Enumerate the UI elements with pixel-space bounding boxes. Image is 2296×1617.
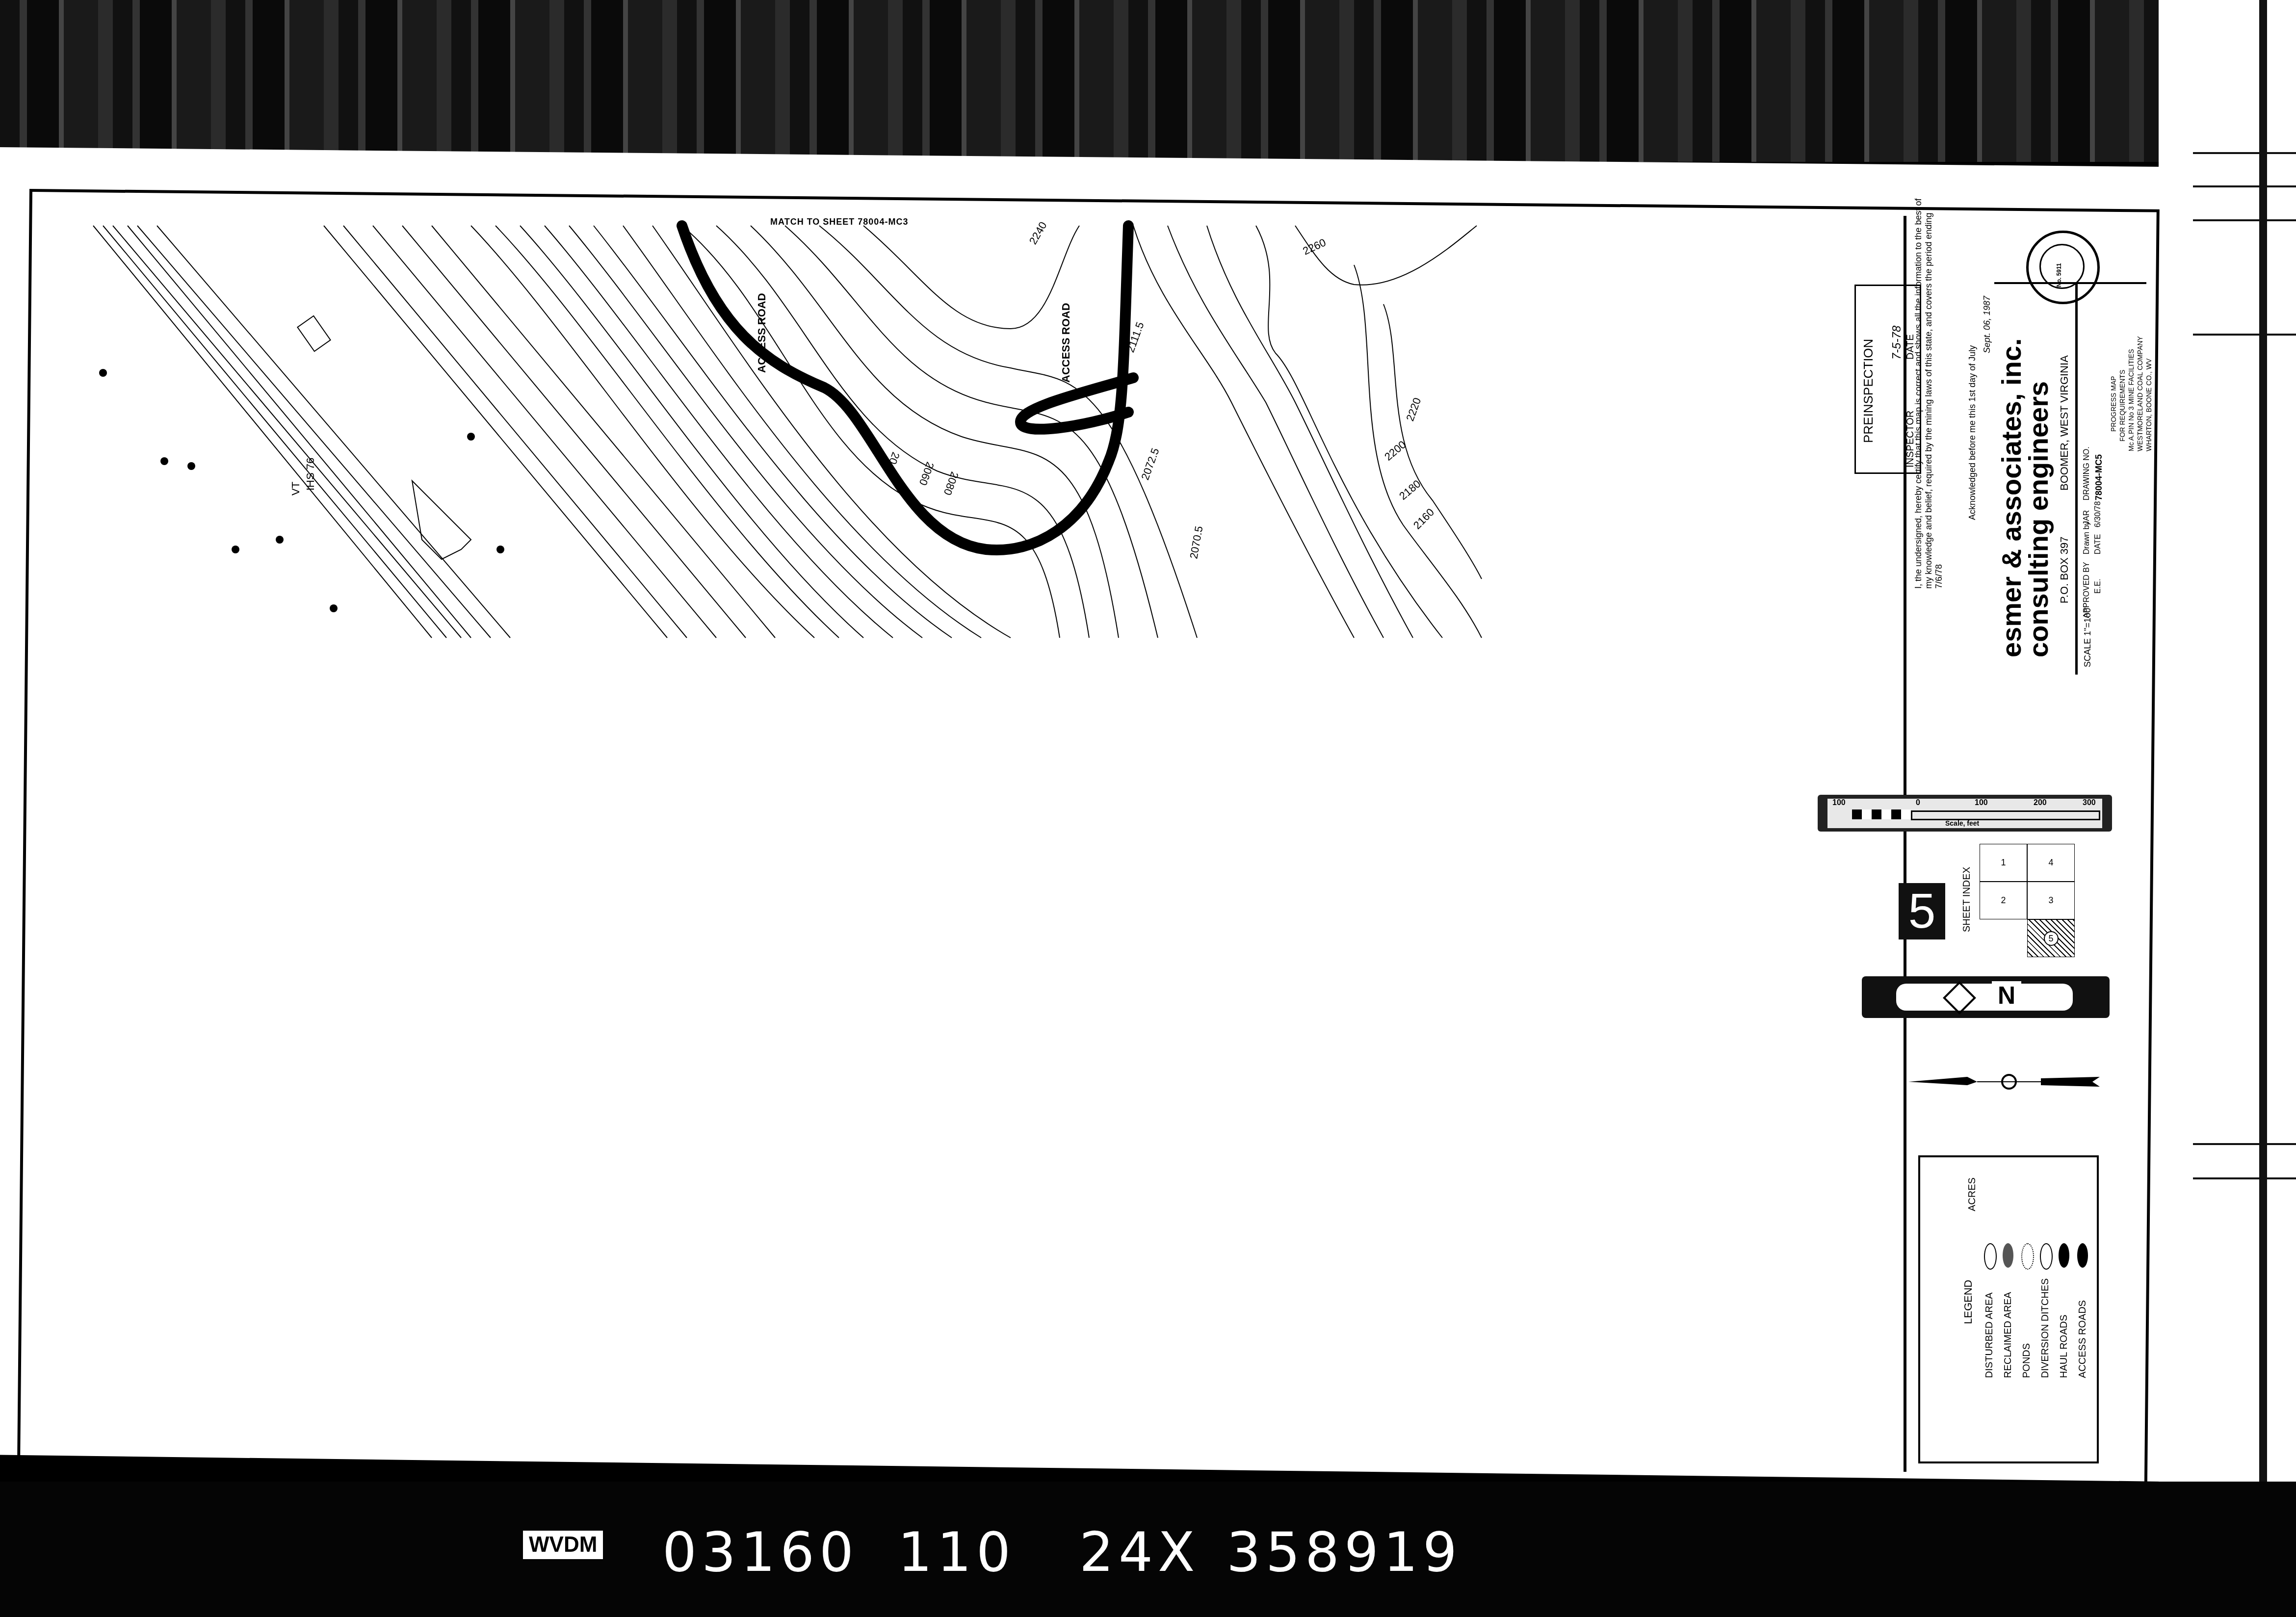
match-sheet-label: MATCH TO SHEET 78004-MC3 xyxy=(770,217,908,227)
scale-bar: 100 0 100 200 300 Scale, feet xyxy=(1818,795,2112,832)
drawing-no-label: DRAWING NO. xyxy=(2083,446,2091,500)
svg-text:2160: 2160 xyxy=(1411,506,1436,531)
svg-text:2060: 2060 xyxy=(917,460,937,487)
engineer-seal-icon: No. 5911 xyxy=(2026,231,2100,304)
company-tagline: consulting engineers xyxy=(2024,381,2053,657)
drawing-date: 6/30/78 xyxy=(2094,501,2103,527)
certification-notary: Acknowledged before me this 1st day of J… xyxy=(1967,345,1978,520)
svg-text:2072.5: 2072.5 xyxy=(1139,446,1162,482)
preinspection-title: PREINSPECTION xyxy=(1861,339,1876,443)
sheet-number: 5 xyxy=(1899,883,1945,939)
compass-needle-icon xyxy=(1904,1069,2110,1094)
commission-expires: Sept. 06, 1987 xyxy=(1982,296,1992,353)
svg-text:2070.5: 2070.5 xyxy=(1187,525,1205,560)
company-city: BOOMER, WEST VIRGINIA xyxy=(2058,355,2071,491)
film-code-1: 03160 xyxy=(662,1521,859,1584)
microfilm-header-strip xyxy=(0,0,2296,162)
svg-text:2080: 2080 xyxy=(941,470,961,497)
drawn-by-label: Drawn by xyxy=(2083,521,2091,554)
svg-text:2220: 2220 xyxy=(1404,396,1423,423)
drawn-by-value: JAR xyxy=(2083,510,2091,525)
disturbed-area-symbol-icon xyxy=(1984,1243,1997,1270)
preinspection-box: PREINSPECTION INSPECTOR DATE 7-5-78 xyxy=(1854,285,1921,474)
diversion-ditches-symbol-icon xyxy=(2040,1243,2053,1270)
haul-roads-symbol-icon xyxy=(2059,1243,2069,1268)
svg-text:ACCESS ROAD: ACCESS ROAD xyxy=(1060,303,1072,383)
microfilm-right-edge xyxy=(2159,0,2296,1617)
topographic-map: ACCESS ROAD ACCESS ROAD 2240 2260 2220 2… xyxy=(29,206,1501,677)
legend-title: LEGEND xyxy=(1962,1280,1975,1324)
approved-by-value: E.E. xyxy=(2094,579,2103,594)
company-address: P.O. BOX 397 xyxy=(2058,536,2071,603)
reclaimed-area-symbol-icon xyxy=(2003,1243,2013,1268)
legend-box: LEGEND ACRES DISTURBED AREA RECLAIMED AR… xyxy=(1918,1155,2099,1463)
certification-text: I, the undersigned, hereby certify that … xyxy=(1913,196,1944,589)
access-roads-symbol-icon xyxy=(2077,1243,2088,1268)
svg-text:IHS 76: IHS 76 xyxy=(304,458,316,491)
film-code-4: 358919 xyxy=(1226,1521,1462,1584)
north-arrow-icon: N xyxy=(1862,976,2110,1018)
svg-text:ACCESS ROAD: ACCESS ROAD xyxy=(756,293,768,373)
current-sheet-cell: 5 xyxy=(2027,919,2075,957)
sheet-index-title: SHEET INDEX xyxy=(1961,867,1973,932)
film-code-3: 24X xyxy=(1079,1521,1200,1584)
wvdm-badge: WVDM xyxy=(523,1531,603,1559)
approved-by-label: APPROVED BY xyxy=(2083,562,2091,618)
ponds-symbol-icon xyxy=(2021,1243,2034,1270)
preinspection-date: 7-5-78 xyxy=(1890,326,1904,360)
film-code-2: 110 xyxy=(898,1521,1016,1584)
svg-text:VT: VT xyxy=(289,482,302,496)
acres-header: ACRES xyxy=(1967,1177,1978,1211)
date-label: DATE xyxy=(2094,534,2103,554)
svg-text:2240: 2240 xyxy=(1027,220,1049,247)
scale-caption: Scale, feet xyxy=(1945,819,1979,827)
drawing-number: 78004-MC5 xyxy=(2094,454,2104,500)
sheet-index-grid: 1 4 2 3 5 xyxy=(1980,844,2075,957)
company-name: esmer & associates, inc. xyxy=(1997,338,2026,657)
